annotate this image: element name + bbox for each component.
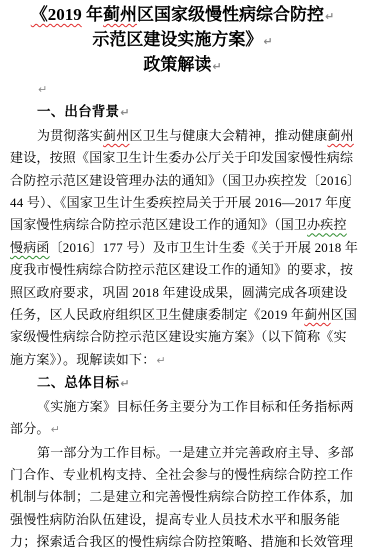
text-run: 一、出台背景	[37, 104, 119, 119]
paragraph-mark-icon: ↵	[212, 60, 221, 73]
paragraph-mark-icon: ↵	[156, 354, 165, 367]
text-run: 国家慢性病综合防控示范区建设工作的通知》（国卫	[10, 217, 307, 232]
text-run: 任务，区人民政府组织区卫生健康委制定《2019 年	[10, 307, 304, 322]
text-line: 度我市慢性病综合防控示范区建设工作的通知》的要求，按	[10, 259, 357, 281]
text-run: 《实施方案》目标任务主要分为工作目标和任务指标两	[37, 399, 354, 414]
paragraph-mark-icon: ↵	[120, 377, 129, 390]
grammar-squiggle: 办疾控	[307, 217, 347, 232]
text-run: 建设，按照《国家卫生计生委办公厅关于印发国家慢性病综	[10, 150, 353, 165]
spellcheck-squiggle: 《2019	[31, 5, 82, 24]
text-run: 部分。	[10, 421, 50, 436]
document-page: 《2019 年蓟州区国家级慢性病综合防控↵示范区建设实施方案》↵政策解读↵ ↵一…	[0, 0, 365, 552]
paragraph-mark-icon: ↵	[51, 423, 60, 436]
text-line: 政策解读↵	[0, 53, 365, 78]
text-line: 机制与体制；二是建立和完善慢性病综合防控工作体系，加	[10, 486, 357, 508]
spellcheck-squiggle: 蓟州	[103, 128, 129, 143]
text-run: 施方案》）。现解读如下：	[10, 352, 155, 367]
text-run: 门合作、专业机构支持、全社会参与的慢性病综合防控工作	[10, 467, 353, 482]
paragraph-mark-icon: ↵	[120, 106, 129, 119]
text-line: ↵	[10, 78, 357, 101]
text-run: 合防控示范区建设管理办法的通知》（国卫办疾控发〔2016〕	[10, 173, 360, 188]
text-line: 家级慢性病综合防控示范区建设实施方案》（以下简称《实	[10, 326, 357, 348]
text-run: 区国家级慢性病综合防控	[137, 5, 324, 24]
text-run: 年	[82, 5, 103, 24]
text-run: 二、总体目标	[37, 375, 119, 390]
text-line: 合防控示范区建设管理办法的通知》（国卫办疾控发〔2016〕	[10, 170, 357, 192]
text-line: 为贯彻落实蓟州区卫生与健康大会精神，推动健康蓟州	[10, 125, 357, 147]
text-run: 机制与体制；二是建立和完善慢性病综合防控工作体系，加	[10, 489, 353, 504]
text-line: 44 号）、《国家卫生计生委疾控局关于开展 2016—2017 年度	[10, 192, 357, 214]
paragraph-mark-icon: ↵	[38, 83, 47, 96]
text-line: 建设，按照《国家卫生计生委办公厅关于印发国家慢性病综	[10, 147, 357, 169]
text-run: 区卫生与健康大会精神，推动健康	[129, 128, 327, 143]
text-line: 一、出台背景↵	[10, 101, 357, 124]
document-title: 《2019 年蓟州区国家级慢性病综合防控↵示范区建设实施方案》↵政策解读↵	[0, 0, 365, 78]
text-line: 照区政府要求，巩固 2018 年建设成果，圆满完成各项建设	[10, 282, 357, 304]
text-run: 力；探索适合我区的慢性病综合防控策略、措施和长效管理	[10, 534, 353, 549]
text-run: 区国	[331, 307, 357, 322]
text-line: 门合作、专业机构支持、全社会参与的慢性病综合防控工作	[10, 464, 357, 486]
text-line: 施方案》）。现解读如下：↵	[10, 349, 357, 372]
spellcheck-squiggle: 蓟州	[327, 128, 353, 143]
text-line: 部分。↵	[10, 418, 357, 441]
text-run: 〔2016〕177 号）及市卫生计生委《关于开展 2018 年	[50, 240, 358, 255]
spellcheck-squiggle: 蓟州	[304, 307, 330, 322]
text-run: 第一部分为工作目标。一是建立并完善政府主导、多部	[37, 445, 354, 460]
text-run: 44 号）、《国家卫生计生委疾控局关于开展 2016—2017 年度	[10, 195, 352, 210]
text-run: 家级慢性病综合防控示范区建设实施方案》（以下简称《实	[10, 329, 347, 344]
text-line: 《实施方案》目标任务主要分为工作目标和任务指标两	[10, 396, 357, 418]
text-run: 政策解读	[143, 55, 211, 74]
text-line: 第一部分为工作目标。一是建立并完善政府主导、多部	[10, 442, 357, 464]
text-line: 强慢性病防治队伍建设，提高专业人员技术水平和服务能	[10, 509, 357, 531]
text-line: 《2019 年蓟州区国家级慢性病综合防控↵	[0, 3, 365, 28]
document-body: ↵一、出台背景↵为贯彻落实蓟州区卫生与健康大会精神，推动健康蓟州建设，按照《国家…	[0, 78, 365, 552]
text-line: 慢病函〔2016〕177 号）及市卫生计生委《关于开展 2018 年	[10, 237, 357, 259]
text-line: 国家慢性病综合防控示范区建设工作的通知》（国卫办疾控	[10, 214, 357, 236]
text-line: 二、总体目标↵	[10, 372, 357, 395]
paragraph-mark-icon: ↵	[263, 35, 272, 48]
grammar-squiggle: 慢病函	[10, 240, 50, 255]
text-line: 任务，区人民政府组织区卫生健康委制定《2019 年蓟州区国	[10, 304, 357, 326]
text-run: 照区政府要求，巩固 2018 年建设成果，圆满完成各项建设	[10, 285, 347, 300]
text-line: 力；探索适合我区的慢性病综合防控策略、措施和长效管理	[10, 531, 357, 552]
text-run: 示范区建设实施方案》	[92, 30, 262, 49]
spellcheck-squiggle: 蓟州	[103, 5, 137, 24]
text-run: 度我市慢性病综合防控示范区建设工作的通知》的要求，按	[10, 262, 353, 277]
paragraph-mark-icon: ↵	[325, 10, 334, 23]
text-run: 为贯彻落实	[37, 128, 103, 143]
text-run: 强慢性病防治队伍建设，提高专业人员技术水平和服务能	[10, 512, 340, 527]
text-line: 示范区建设实施方案》↵	[0, 28, 365, 53]
